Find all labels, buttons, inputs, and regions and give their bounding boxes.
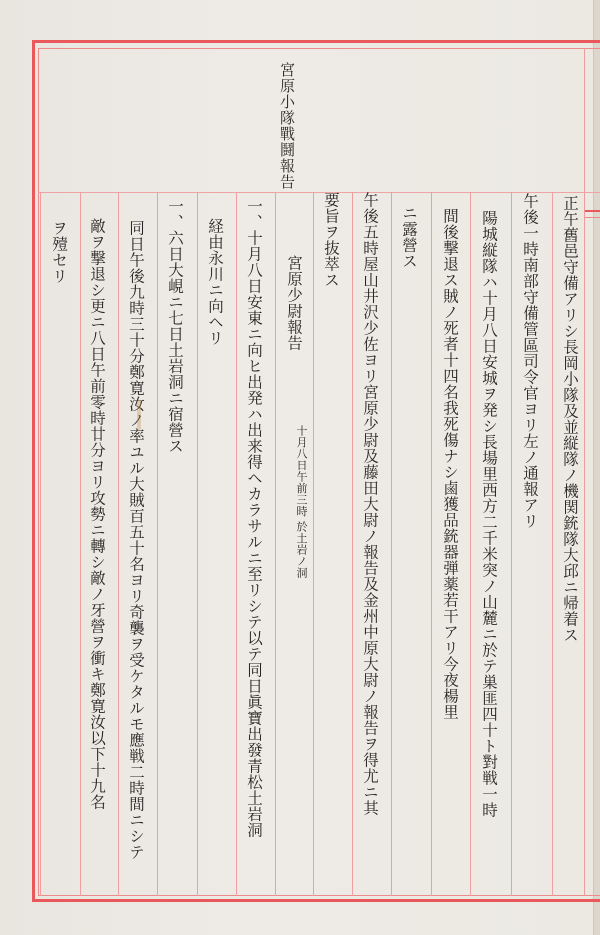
column-rule xyxy=(352,192,353,896)
text-column-14: ヲ殪セリ xyxy=(46,220,72,284)
text-column-13: 敵ヲ撃退シ更ニ八日午前零時廿分ヨリ攻勢ニ轉シ敵ノ牙營ヲ衝キ鄭寛汝以下十九名 xyxy=(84,218,110,810)
text-column-7: 要旨ヲ抜萃ス xyxy=(318,192,344,288)
column-rule xyxy=(391,192,392,896)
column-rule xyxy=(197,192,198,896)
column-rule xyxy=(313,192,314,896)
report-date-note: 十月八日午前三時 於土岩ノ洞 xyxy=(294,425,308,579)
document-title: 宮原小隊戰鬪報告 xyxy=(276,62,298,190)
text-column-8-heading: 宮原少尉報告 xyxy=(281,255,307,351)
column-rule xyxy=(275,192,276,896)
column-rule xyxy=(80,192,81,896)
text-column-2: 午後一時南部守備管區司令官ヨリ左ノ通報アリ xyxy=(517,193,543,529)
column-rule xyxy=(511,192,512,896)
text-column-5: ニ露營ス xyxy=(396,205,422,269)
text-column-12: 同日午後九時三十分鄭寛汝ノ率ユル大賊百五十名ヨリ奇襲ヲ受ケタルモ應戦二時間ニシテ xyxy=(123,220,149,860)
text-column-4: 間後撃退ス賊ノ死者十四名我死傷ナシ鹵獲品銃器弾薬若干アリ今夜楊里 xyxy=(437,208,463,720)
text-column-9: 一、十月八日安東ニ向ヒ出発ハ出来得ヘカラサルニ至リシテ以テ同日眞寶出發青松土岩洞 xyxy=(241,198,267,838)
column-rule xyxy=(236,192,237,896)
paper-stain xyxy=(137,400,141,430)
text-column-3: 陽城縦隊ハ十月八日安城ヲ発シ長場里西方二千米突ノ山麓ニ於テ巣匪四十ト對戦一時 xyxy=(476,210,502,818)
column-rule xyxy=(431,192,432,896)
column-rule xyxy=(118,192,119,896)
text-column-1: 正午舊邑守備アリシ長岡小隊及並縦隊ノ機関銃隊大邱ニ帰着ス xyxy=(557,195,583,643)
right-margin-rule xyxy=(584,48,585,896)
right-edge-tab-mark xyxy=(585,210,600,218)
column-rule xyxy=(40,192,41,896)
column-rule xyxy=(157,192,158,896)
column-rule xyxy=(470,192,471,896)
text-column-6: 午後五時屋山井沢少佐ヨリ宮原少尉及藤田大尉ノ報告及金州中原大尉ノ報告ヲ得尤ニ其 xyxy=(357,192,383,816)
text-column-11: 一、六日大峴ニ七日土岩洞ニ宿營ス xyxy=(162,198,188,454)
text-column-10: 経由永川ニ向ヘリ xyxy=(202,218,228,346)
column-rule xyxy=(552,192,553,896)
